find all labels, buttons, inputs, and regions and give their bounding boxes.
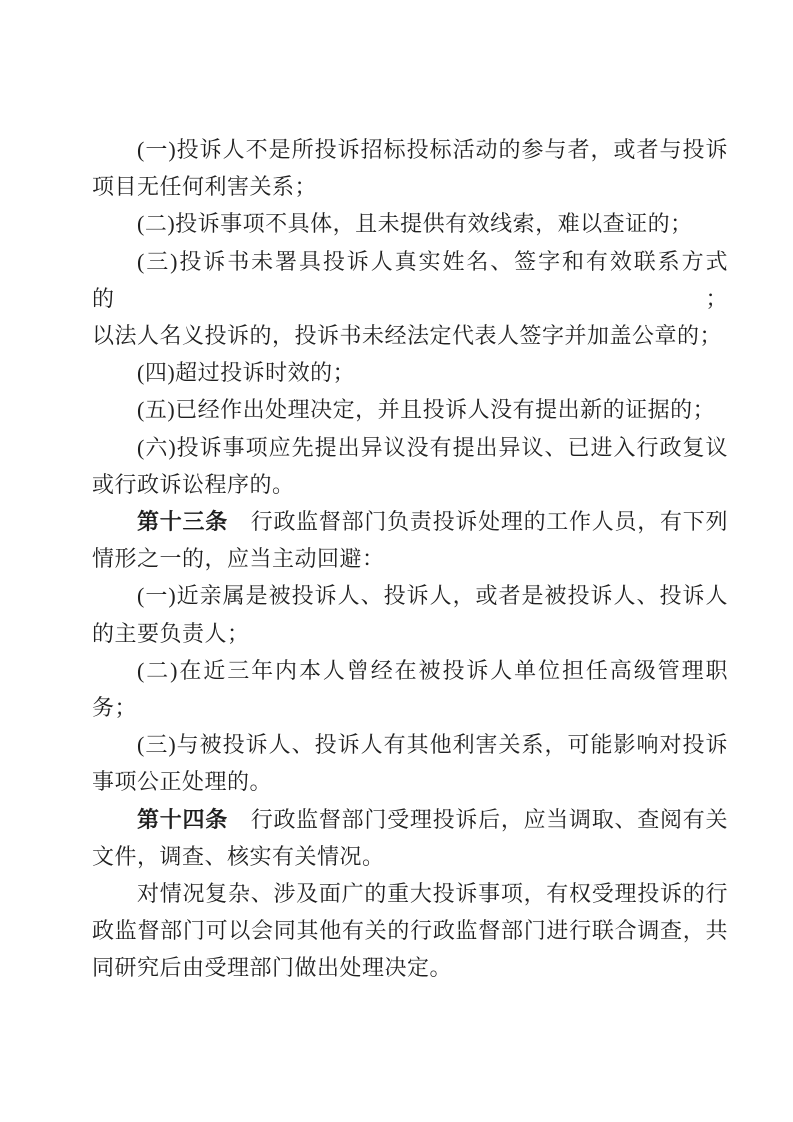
text-line: 情形之一的，应当主动回避： — [92, 540, 728, 577]
text-line: 或行政诉讼程序的。 — [92, 466, 728, 503]
document-page: (一)投诉人不是所投诉招标投标活动的参与者，或者与投诉项目无任何利害关系；(二)… — [0, 0, 793, 1122]
text-segment: (六)投诉事项应先提出异议没有提出异议、已进入行政复议 — [137, 435, 728, 460]
text-line: 以法人名义投诉的，投诉书未经法定代表人签字并加盖公章的； — [92, 317, 728, 354]
text-line: 事项公正处理的。 — [92, 763, 728, 800]
text-segment: (五)已经作出处理决定，并且投诉人没有提出新的证据的； — [137, 397, 715, 422]
text-segment: 对情况复杂、涉及面广的重大投诉事项，有权受理投诉的行 — [137, 881, 728, 906]
text-segment: 文件，调查、核实有关情况。 — [92, 844, 385, 869]
text-segment: (三)投诉书未署具投诉人真实姓名、签字和有效联系方式的； — [92, 249, 728, 311]
text-segment: 事项公正处理的。 — [92, 769, 272, 794]
text-segment: (二)在近三年内本人曾经在被投诉人单位担任高级管理职 — [137, 658, 728, 683]
text-segment: (一)近亲属是被投诉人、投诉人，或者是被投诉人、投诉人 — [137, 583, 728, 608]
text-segment: (三)与被投诉人、投诉人有其他利害关系，可能影响对投诉 — [137, 732, 728, 757]
text-segment: 同研究后由受理部门做出处理决定。 — [92, 955, 452, 980]
text-line: 政监督部门可以会同其他有关的行政监督部门进行联合调查，共 — [92, 912, 728, 949]
text-segment: 务； — [92, 695, 137, 720]
text-segment: 行政监督部门受理投诉后，应当调取、查阅有关 — [228, 807, 728, 832]
text-segment: 或行政诉讼程序的。 — [92, 472, 295, 497]
text-segment: 项目无任何利害关系； — [92, 174, 317, 199]
text-line: (一)近亲属是被投诉人、投诉人，或者是被投诉人、投诉人 — [92, 577, 728, 614]
text-segment: 政监督部门可以会同其他有关的行政监督部门进行联合调查，共 — [92, 918, 728, 943]
text-line: 第十三条 行政监督部门负责投诉处理的工作人员，有下列 — [92, 503, 728, 540]
article-number-label: 第十四条 — [137, 807, 228, 832]
text-segment: (一)投诉人不是所投诉招标投标活动的参与者，或者与投诉 — [137, 137, 728, 162]
text-line: (五)已经作出处理决定，并且投诉人没有提出新的证据的； — [92, 391, 728, 428]
text-segment: 的主要负责人； — [92, 621, 250, 646]
text-segment: 情形之一的，应当主动回避： — [92, 546, 385, 571]
document-body: (一)投诉人不是所投诉招标投标活动的参与者，或者与投诉项目无任何利害关系；(二)… — [92, 131, 728, 987]
text-line: (二)投诉事项不具体，且未提供有效线索，难以查证的； — [92, 205, 728, 242]
text-line: (三)投诉书未署具投诉人真实姓名、签字和有效联系方式的； — [92, 243, 728, 317]
text-line: 第十四条 行政监督部门受理投诉后，应当调取、查阅有关 — [92, 801, 728, 838]
text-line: 的主要负责人； — [92, 615, 728, 652]
text-line: 务； — [92, 689, 728, 726]
text-segment: (二)投诉事项不具体，且未提供有效线索，难以查证的； — [137, 211, 693, 236]
text-line: (二)在近三年内本人曾经在被投诉人单位担任高级管理职 — [92, 652, 728, 689]
text-segment: 行政监督部门负责投诉处理的工作人员，有下列 — [228, 509, 728, 534]
text-line: 同研究后由受理部门做出处理决定。 — [92, 949, 728, 986]
text-line: 对情况复杂、涉及面广的重大投诉事项，有权受理投诉的行 — [92, 875, 728, 912]
text-line: 项目无任何利害关系； — [92, 168, 728, 205]
text-line: (一)投诉人不是所投诉招标投标活动的参与者，或者与投诉 — [92, 131, 728, 168]
text-line: (三)与被投诉人、投诉人有其他利害关系，可能影响对投诉 — [92, 726, 728, 763]
article-number-label: 第十三条 — [137, 509, 228, 534]
text-line: (四)超过投诉时效的； — [92, 354, 728, 391]
text-segment: 以法人名义投诉的，投诉书未经法定代表人签字并加盖公章的； — [92, 323, 722, 348]
text-line: (六)投诉事项应先提出异议没有提出异议、已进入行政复议 — [92, 429, 728, 466]
text-segment: (四)超过投诉时效的； — [137, 360, 355, 385]
text-line: 文件，调查、核实有关情况。 — [92, 838, 728, 875]
